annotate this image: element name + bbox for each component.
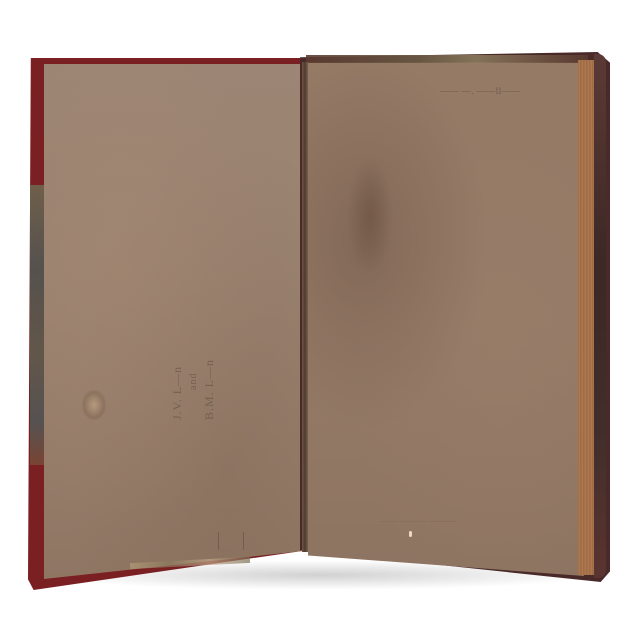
paper-speck (409, 531, 412, 537)
bottom-page-inscription: —— ——— ——— (380, 516, 457, 526)
pastedown-stain (82, 390, 106, 420)
owner-inscription: J.V. L—n and B.M. L—n (160, 290, 230, 430)
book-head-edge (306, 55, 588, 63)
first-leaf (308, 62, 584, 576)
top-page-inscription: —— —. ——ll—— (440, 86, 521, 96)
pencil-mark (218, 532, 244, 550)
page-stain (345, 150, 395, 280)
book-photo: J.V. L—n and B.M. L—n —— —. ——ll—— —— ——… (0, 0, 635, 635)
page-fore-edge (578, 60, 594, 575)
inscription-line-2: and (188, 373, 199, 390)
book-gutter (302, 62, 308, 552)
book-spine-edge (594, 54, 606, 578)
inscription-line-3: B.M. L—n (202, 359, 217, 420)
inscription-line-1: J.V. L—n (170, 366, 185, 420)
marbled-spine-strip (30, 185, 44, 465)
